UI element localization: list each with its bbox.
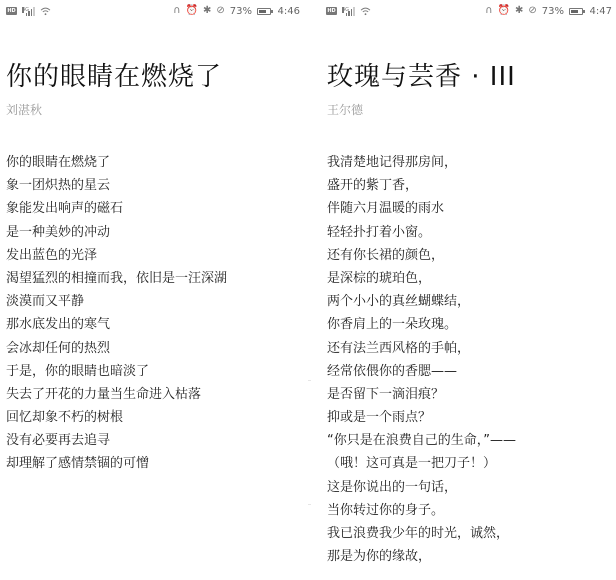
poem-line: 抑或是一个雨点？ [327,406,616,429]
poem-line: 还有你长裙的颜色， [327,244,616,267]
battery-percent: 73% [542,6,564,17]
poem-line: “你只是在浪费自己的生命，”—— [327,429,616,452]
clock: 4:46 [278,6,300,17]
bluetooth-icon: ✱ [203,6,211,16]
article: 玫瑰与芸香 · III 王尔德 我清楚地记得那房间， 盛开的紫丁香， 伴随六月温… [308,60,616,568]
poem-line: 我清楚地记得那房间， [327,151,616,174]
article-author[interactable]: 王尔德 [327,102,616,118]
bluetooth-icon: ✱ [515,6,523,16]
poem-line: 两个小小的真丝蝴蝶结， [327,290,616,313]
poem-line: 你香肩上的一朵玫瑰。 [327,313,616,336]
status-bar: HD 4G ∩ ⏰ ✱ ⊘ 73% 4:47 [308,0,616,22]
poem-line: 失去了开花的力量当生命进入枯落 [6,383,308,406]
poem-body: 你的眼睛在燃烧了 象一团炽热的星云 象能发出响声的磁石 是一种美妙的冲动 发出蓝… [6,151,308,476]
poem-line: 这是你说出的一句话， [327,476,616,499]
poem-line: 那是为你的缘故， [327,545,616,568]
wifi-icon [40,7,51,16]
mute-icon: ⊘ [216,6,224,16]
battery-percent: 73% [230,6,252,17]
signal-icon: 4G [22,7,35,16]
poem-line: 没有必要再去追寻 [6,429,308,452]
poem-line: 发出蓝色的光泽 [6,244,308,267]
poem-line: 还有法兰西风格的手帕， [327,337,616,360]
poem-line: 是深棕的琥珀色， [327,267,616,290]
poem-line: （哦！这可真是一把刀子！） [327,452,616,475]
poem-body: 我清楚地记得那房间， 盛开的紫丁香， 伴随六月温暖的雨水 轻轻扑打着小窗。 还有… [327,151,616,568]
article-title: 玫瑰与芸香 · III [327,60,616,94]
headphones-icon: ∩ [485,6,492,16]
status-bar: HD 4G ∩ ⏰ ✱ ⊘ 73% 4:46 [0,0,308,22]
poem-line: 会冰却任何的热烈 [6,337,308,360]
signal-icon: 4G [342,7,355,16]
hd-icon: HD [6,7,17,15]
phone-screen-right: HD 4G ∩ ⏰ ✱ ⊘ 73% 4:47 玫瑰与芸香 · III 王尔德 [308,0,616,580]
wifi-icon [360,7,371,16]
poem-line: 那水底发出的寒气 [6,313,308,336]
poem-line: 我已浪费我少年的时光，诚然， [327,522,616,545]
poem-line: 淡漠而又平静 [6,290,308,313]
poem-line: 轻轻扑打着小窗。 [327,221,616,244]
alarm-icon: ⏰ [498,6,510,16]
poem-line: 经常依偎你的香腮—— [327,360,616,383]
poem-line: 是否留下一滴泪痕？ [327,383,616,406]
clock: 4:47 [590,6,612,17]
alarm-icon: ⏰ [186,6,198,16]
poem-line: 是一种美妙的冲动 [6,221,308,244]
battery-icon [569,8,585,15]
mute-icon: ⊘ [528,6,536,16]
poem-line: 渴望猛烈的相撞而我，依旧是一汪深湖 [6,267,308,290]
hd-icon: HD [326,7,337,15]
poem-line: 伴随六月温暖的雨水 [327,197,616,220]
article-author[interactable]: 刘湛秋 [6,102,308,118]
network-type-label: 4G [342,7,344,13]
battery-icon [257,8,273,15]
poem-line: 回忆却象不朽的树根 [6,406,308,429]
network-type-label: 4G [22,7,24,13]
poem-line: 象能发出响声的磁石 [6,197,308,220]
article-title: 你的眼睛在燃烧了 [6,60,308,94]
poem-line: 于是，你的眼睛也暗淡了 [6,360,308,383]
headphones-icon: ∩ [173,6,180,16]
poem-line: 盛开的紫丁香， [327,174,616,197]
poem-line: 当你转过你的身子。 [327,499,616,522]
poem-line: 你的眼睛在燃烧了 [6,151,308,174]
article: 你的眼睛在燃烧了 刘湛秋 你的眼睛在燃烧了 象一团炽热的星云 象能发出响声的磁石… [0,60,308,476]
edge-scroll-handle[interactable] [308,380,311,505]
poem-line: 却理解了感情禁锢的可憎 [6,452,308,475]
poem-line: 象一团炽热的星云 [6,174,308,197]
phone-screen-left: HD 4G ∩ ⏰ ✱ ⊘ 73% 4:46 你的眼睛在燃烧了 刘湛秋 [0,0,308,580]
